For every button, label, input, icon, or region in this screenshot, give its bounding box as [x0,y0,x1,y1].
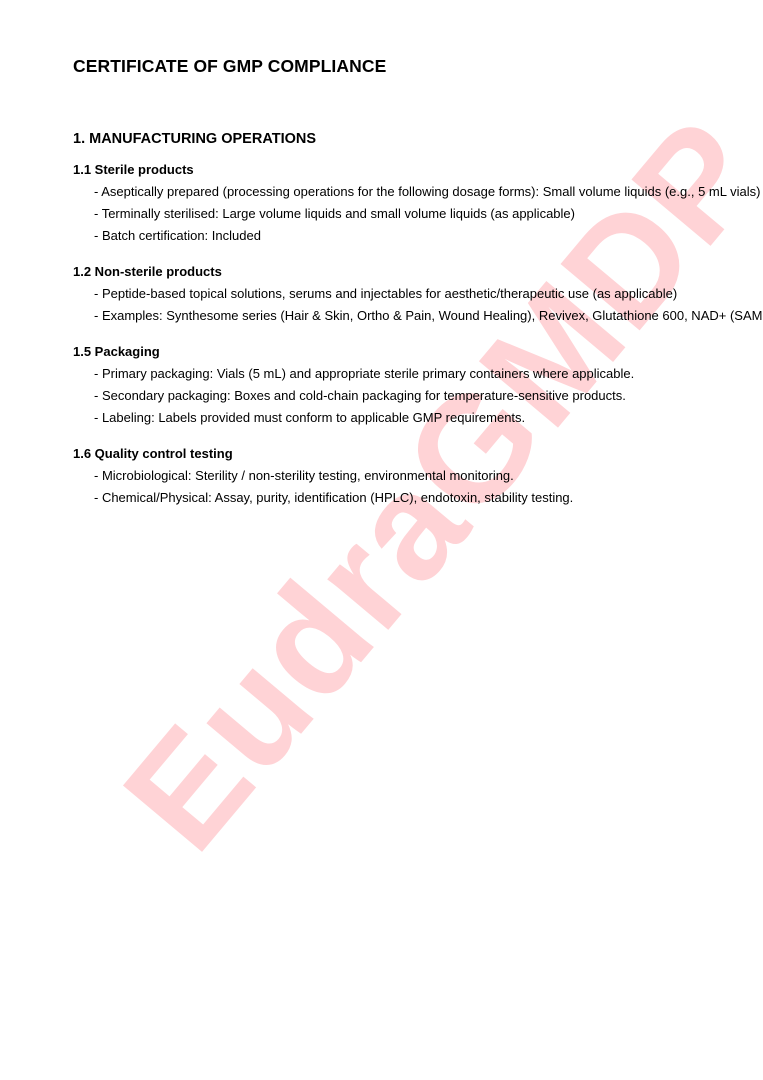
subsection-packaging: 1.5 Packaging - Primary packaging: Vials… [73,341,634,429]
item-list: - Aseptically prepared (processing opera… [73,181,760,247]
item-list: - Microbiological: Sterility / non-steri… [73,465,573,509]
subsection-title: 1.1 Sterile products [73,159,760,181]
subsection-non-sterile-products: 1.2 Non-sterile products - Peptide-based… [73,261,763,327]
list-item: - Microbiological: Sterility / non-steri… [94,465,573,487]
list-item: - Batch certification: Included [94,225,760,247]
list-item: - Aseptically prepared (processing opera… [94,181,760,203]
list-item: - Chemical/Physical: Assay, purity, iden… [94,487,573,509]
list-item: - Terminally sterilised: Large volume li… [94,203,760,225]
list-item: - Examples: Synthesome series (Hair & Sk… [94,305,763,327]
list-item: - Secondary packaging: Boxes and cold-ch… [94,385,634,407]
list-item: - Labeling: Labels provided must conform… [94,407,634,429]
list-item: - Primary packaging: Vials (5 mL) and ap… [94,363,634,385]
subsection-title: 1.2 Non-sterile products [73,261,763,283]
item-list: - Peptide-based topical solutions, serum… [73,283,763,327]
section-title-manufacturing-operations: 1. MANUFACTURING OPERATIONS [73,131,316,147]
subsection-title: 1.6 Quality control testing [73,443,573,465]
list-item: - Peptide-based topical solutions, serum… [94,283,763,305]
subsection-quality-control-testing: 1.6 Quality control testing - Microbiolo… [73,443,573,509]
document-title: CERTIFICATE OF GMP COMPLIANCE [73,56,386,77]
subsection-sterile-products: 1.1 Sterile products - Aseptically prepa… [73,159,760,247]
subsection-title: 1.5 Packaging [73,341,634,363]
item-list: - Primary packaging: Vials (5 mL) and ap… [73,363,634,429]
